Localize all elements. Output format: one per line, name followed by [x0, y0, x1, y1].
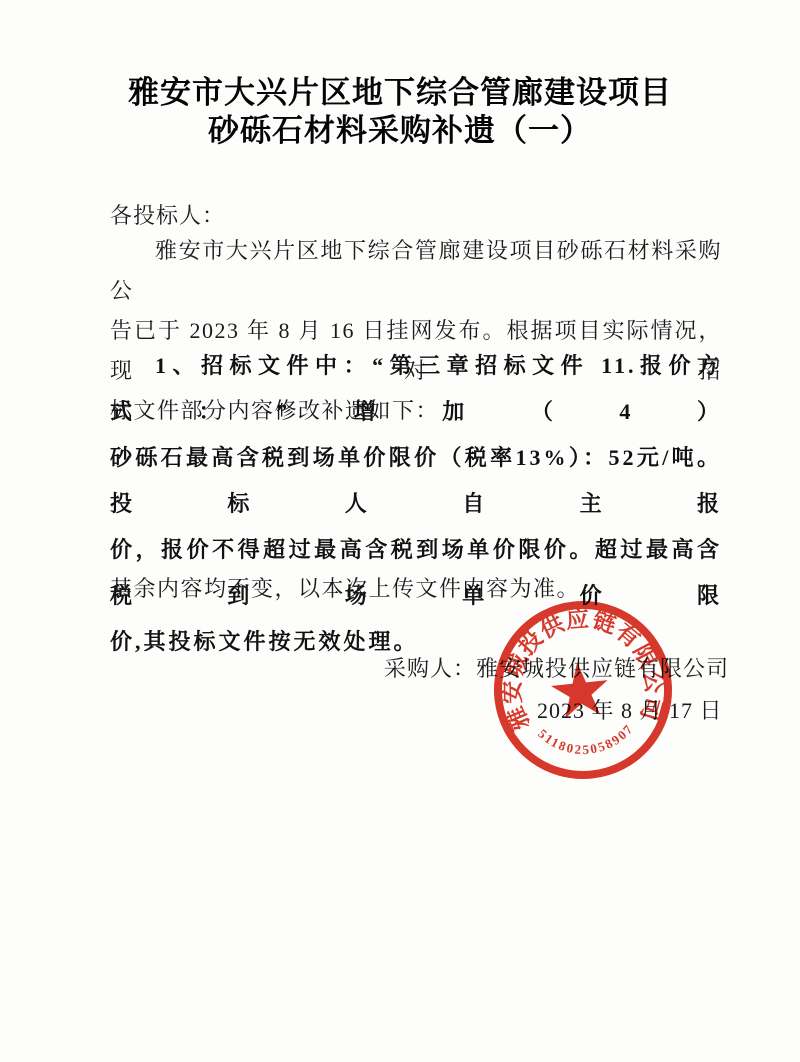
document-page: 雅安市大兴片区地下综合管廊建设项目 砂砾石材料采购补遗（一） 各投标人： 雅安市… [0, 0, 800, 1062]
paragraph-line: 雅安市大兴片区地下综合管廊建设项目砂砾石材料采购公 [110, 231, 722, 311]
page-title: 雅安市大兴片区地下综合管廊建设项目 砂砾石材料采购补遗（一） [0, 74, 800, 150]
stamp-number-arc-text: 5118025058907 [534, 717, 639, 763]
stamp-number-text: 5118025058907 [534, 717, 639, 763]
stamp-star-icon [549, 659, 611, 719]
page-title-line2: 砂砾石材料采购补遗（一） [0, 112, 800, 150]
company-seal-stamp: 雅安城投供应链有限公司 5118025058907 [451, 558, 715, 822]
page-title-line1: 雅安市大兴片区地下综合管廊建设项目 [0, 74, 800, 112]
paragraph-line: 砂砾石最高含税到场单价限价（税率13%）：52元/吨。投标人自主报 [110, 435, 722, 527]
paragraph-line: 1、招标文件中：“第三章招标文件 11.报价方式：”增加（4） [110, 343, 722, 435]
greeting-line: 各投标人： [110, 201, 225, 231]
